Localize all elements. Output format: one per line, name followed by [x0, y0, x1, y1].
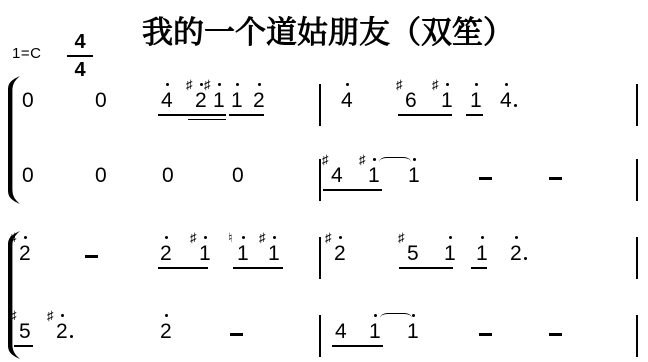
- sharp-icon: ♯: [359, 153, 366, 166]
- octave-dot: [515, 236, 518, 239]
- octave-dot: [481, 236, 484, 239]
- rest: 0: [22, 165, 34, 186]
- note: 2: [160, 243, 172, 264]
- dash-extension: [479, 177, 492, 180]
- note: 2: [253, 90, 265, 111]
- octave-dot: [505, 83, 508, 86]
- octave-dot: [373, 158, 376, 161]
- beam-line: [188, 119, 226, 121]
- barline: [636, 315, 638, 357]
- note: 2: [510, 243, 522, 264]
- note: 1♯: [213, 90, 225, 111]
- note: 1♯: [368, 165, 380, 186]
- note-digit: 0: [95, 90, 107, 111]
- octave-dot: [166, 83, 169, 86]
- note-digit: 1: [231, 90, 243, 111]
- barline: [636, 159, 638, 201]
- sharp-icon: ♯: [190, 231, 197, 244]
- octave-dot: [273, 236, 276, 239]
- note: 1♯: [441, 90, 453, 111]
- augmentation-dot: [514, 104, 517, 107]
- note-digit: 4: [341, 90, 353, 111]
- beam-line: [471, 267, 487, 269]
- note-digit: 1: [470, 90, 482, 111]
- note-digit: 5: [19, 321, 31, 342]
- note-digit: 2: [195, 90, 207, 111]
- sharp-icon: ♯: [432, 78, 439, 91]
- octave-dot: [200, 83, 203, 86]
- rest: 0: [95, 90, 107, 111]
- beam-line: [466, 114, 483, 116]
- note: 2: [160, 321, 172, 342]
- barline: [319, 159, 321, 201]
- note-digit: 0: [95, 165, 107, 186]
- octave-dot: [204, 236, 207, 239]
- note-digit: 1: [441, 90, 453, 111]
- note: 5♯: [407, 243, 419, 264]
- note: 5♯: [19, 321, 31, 342]
- beam-line: [14, 345, 33, 347]
- barline: [636, 237, 638, 279]
- sharp-icon: ♯: [259, 231, 266, 244]
- note: 1: [444, 243, 456, 264]
- note-digit: 4: [500, 90, 512, 111]
- note-digit: 1: [268, 243, 280, 264]
- note: 1: [369, 321, 381, 342]
- rest: 0: [95, 165, 107, 186]
- note-digit: 1: [369, 321, 381, 342]
- rest: 0: [162, 165, 174, 186]
- note: 4: [161, 90, 173, 111]
- note-digit: 2: [334, 243, 346, 264]
- note-digit: 1: [444, 243, 456, 264]
- note: 1: [407, 321, 419, 342]
- note-digit: 1: [368, 165, 380, 186]
- note-digit: 0: [22, 165, 34, 186]
- octave-dot: [339, 236, 342, 239]
- note-digit: 2: [19, 243, 31, 264]
- note: 2♯: [19, 243, 31, 264]
- note: 1♮: [237, 243, 249, 264]
- sharp-icon: ♯: [10, 309, 17, 322]
- note: 4♯: [331, 165, 343, 186]
- tie-arc: [379, 157, 411, 167]
- note: 6♯: [405, 90, 417, 111]
- barline: [319, 237, 321, 279]
- dash-extension: [549, 333, 562, 336]
- score-area: 0042♯1♯1246♯1♯1400004♯1♯12♯21♯1♮1♯2♯5♯11…: [0, 0, 648, 362]
- beam-line: [332, 345, 383, 347]
- note-digit: 4: [331, 165, 343, 186]
- note-digit: 0: [162, 165, 174, 186]
- octave-dot: [475, 83, 478, 86]
- note-digit: 1: [237, 243, 249, 264]
- octave-dot: [346, 83, 349, 86]
- sharp-icon: ♯: [322, 153, 329, 166]
- system-bracket-icon: [4, 76, 22, 204]
- octave-dot: [24, 236, 27, 239]
- note-digit: 2: [56, 321, 68, 342]
- note-digit: 0: [22, 90, 34, 111]
- note: 4: [500, 90, 512, 111]
- rest: 0: [232, 165, 244, 186]
- note-digit: 4: [335, 321, 347, 342]
- note: 4: [341, 90, 353, 111]
- note-digit: 4: [161, 90, 173, 111]
- beam-line: [233, 267, 283, 269]
- note: 1: [470, 90, 482, 111]
- dash-extension: [479, 333, 492, 336]
- sharp-icon: ♯: [47, 309, 54, 322]
- note-digit: 5: [407, 243, 419, 264]
- sharp-icon: ♯: [325, 231, 332, 244]
- barline: [319, 84, 321, 126]
- note-digit: 0: [232, 165, 244, 186]
- note-digit: 2: [253, 90, 265, 111]
- note-digit: 2: [160, 243, 172, 264]
- octave-dot: [165, 314, 168, 317]
- note-digit: 2: [510, 243, 522, 264]
- octave-dot: [61, 314, 64, 317]
- note: 1♯: [268, 243, 280, 264]
- octave-dot: [374, 314, 377, 317]
- octave-dot: [449, 236, 452, 239]
- augmentation-dot: [70, 335, 73, 338]
- beam-line: [323, 189, 382, 191]
- note: 2♯: [56, 321, 68, 342]
- beam-line: [158, 267, 208, 269]
- note: 1♯: [199, 243, 211, 264]
- octave-dot: [236, 83, 239, 86]
- octave-dot: [258, 83, 261, 86]
- octave-dot: [242, 236, 245, 239]
- sharp-icon: ♯: [398, 231, 405, 244]
- augmentation-dot: [524, 257, 527, 260]
- beam-line: [398, 114, 452, 116]
- note-digit: 2: [160, 321, 172, 342]
- sharp-icon: ♯: [10, 231, 17, 244]
- note-digit: 1: [408, 165, 420, 186]
- beam-line: [158, 114, 226, 116]
- rest: 0: [22, 90, 34, 111]
- note-digit: 1: [407, 321, 419, 342]
- tie-arc: [380, 313, 412, 323]
- octave-dot: [165, 236, 168, 239]
- octave-dot: [218, 83, 221, 86]
- beam-line: [399, 267, 453, 269]
- note: 1: [231, 90, 243, 111]
- dash-extension: [549, 177, 562, 180]
- octave-dot: [446, 83, 449, 86]
- sheet-music-page: 1=C 4 4 我的一个道姑朋友（双笙） 0042♯1♯1246♯1♯14000…: [0, 0, 648, 362]
- note: 4: [335, 321, 347, 342]
- octave-dot: [413, 158, 416, 161]
- note: 2♯: [334, 243, 346, 264]
- note-digit: 1: [476, 243, 488, 264]
- dash-extension: [85, 255, 98, 258]
- sharp-icon: ♯: [204, 78, 211, 91]
- dash-extension: [230, 333, 243, 336]
- barline: [636, 84, 638, 126]
- beam-line: [229, 114, 264, 116]
- note: 1: [476, 243, 488, 264]
- sharp-icon: ♯: [186, 78, 193, 91]
- note-digit: 6: [405, 90, 417, 111]
- natural-icon: ♮: [228, 231, 233, 244]
- barline: [319, 315, 321, 357]
- note: 2♯: [195, 90, 207, 111]
- sharp-icon: ♯: [396, 78, 403, 91]
- note-digit: 1: [213, 90, 225, 111]
- note-digit: 1: [199, 243, 211, 264]
- note: 1: [408, 165, 420, 186]
